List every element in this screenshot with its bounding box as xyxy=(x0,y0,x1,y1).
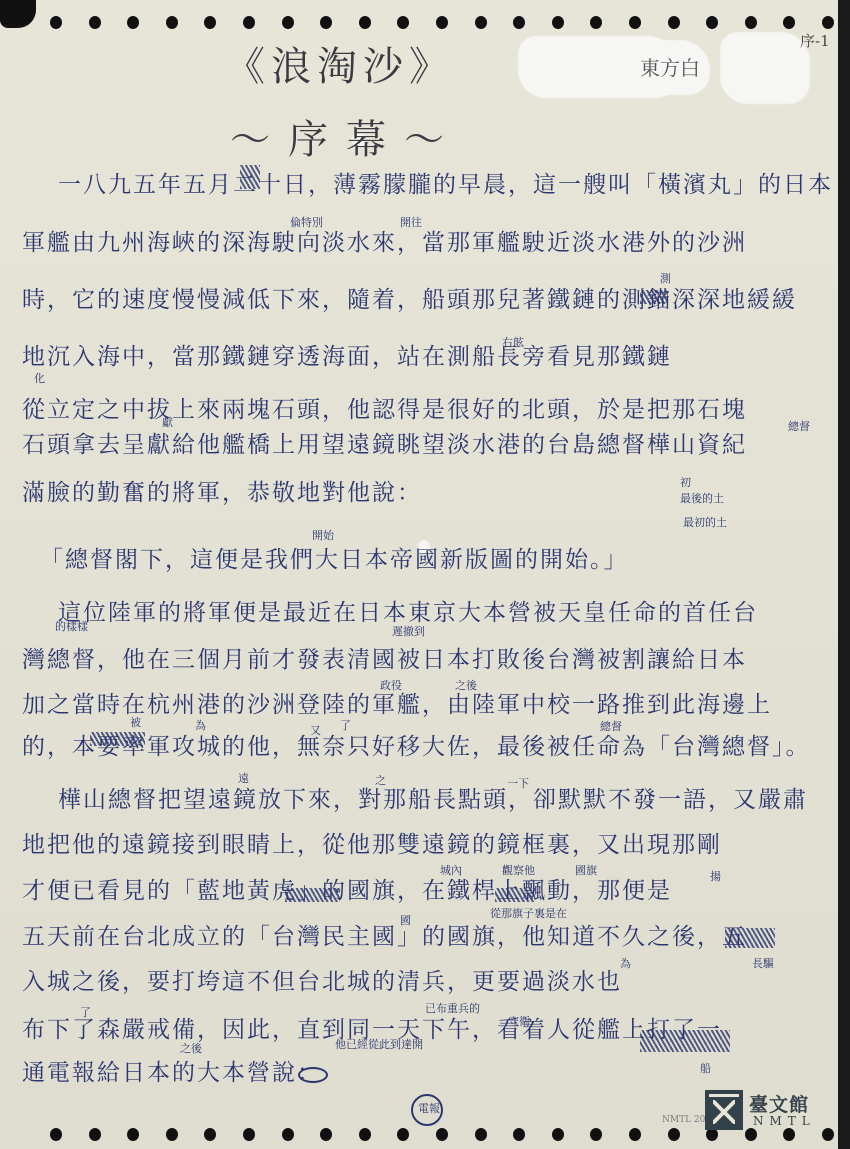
text-line: 灣總督，他在三個月前才發表清國被日本打敗後台灣被割讓給日本 xyxy=(22,645,832,675)
perforation-hole xyxy=(552,1128,564,1141)
perforation-hole xyxy=(590,1128,602,1141)
margin-note: 長驅 xyxy=(752,955,774,971)
margin-note: 已布重兵的 xyxy=(425,1000,480,1016)
margin-note: 國 xyxy=(400,912,411,928)
perforation-hole xyxy=(475,1128,487,1141)
perforation-hole xyxy=(436,16,448,29)
margin-note: 的樣樣 xyxy=(55,618,88,634)
perforation-hole xyxy=(127,16,139,29)
perforation-hole xyxy=(822,16,834,29)
margin-note: 之後 xyxy=(180,1040,202,1056)
margin-note: 開往 xyxy=(400,214,422,230)
margin-note: 船 xyxy=(700,1060,711,1076)
margin-note: 初 xyxy=(680,474,691,490)
margin-note: 一下 xyxy=(507,775,529,791)
strikethrough-mark xyxy=(240,165,260,189)
margin-note: 又 xyxy=(310,722,321,738)
margin-note: 獻 xyxy=(162,414,173,430)
text-line: 從立定之中拔上來兩塊石頭，他認得是很好的北頭，於是把那石塊 xyxy=(22,395,832,425)
text-line: 軍艦由九州海峽的深海駛向淡水來，當那軍艦駛近淡水港外的沙洲 xyxy=(22,228,832,258)
strikethrough-mark xyxy=(90,732,145,746)
margin-note: 守衛 xyxy=(508,1013,530,1029)
perforation-hole xyxy=(513,1128,525,1141)
perforation-hole xyxy=(50,16,62,29)
perforation-hole xyxy=(282,1128,294,1141)
scribbled-out-word xyxy=(298,1067,328,1083)
text-line: 「總督閣下，這便是我們大日本帝國新版圖的開始。」 xyxy=(40,545,850,575)
logo-chinese-text: 臺文館 xyxy=(749,1090,809,1117)
margin-note: 被 xyxy=(130,714,141,730)
margin-note: 了 xyxy=(340,717,351,733)
margin-note: 之 xyxy=(375,772,386,788)
margin-note: 了 xyxy=(80,1004,91,1020)
perforation-hole xyxy=(397,16,409,29)
text-line: 一八九五年五月二十日，薄霧朦朧的早晨，這一艘叫「橫濱丸」的日本 xyxy=(58,170,850,200)
margin-note: 為 xyxy=(620,955,631,971)
perforation-hole xyxy=(668,16,680,29)
perforation-hole xyxy=(629,16,641,29)
margin-note: 開始 xyxy=(312,527,334,543)
strikethrough-mark xyxy=(285,888,340,902)
page-number: 序-1 xyxy=(800,30,830,51)
strikethrough-mark xyxy=(640,1030,730,1052)
nmtl-emblem-icon xyxy=(705,1090,743,1130)
margin-note: 之後 xyxy=(455,677,477,693)
strikethrough-mark xyxy=(725,928,775,948)
perforation-hole xyxy=(243,16,255,29)
perforation-hole xyxy=(89,16,101,29)
perforation-hole xyxy=(552,16,564,29)
perforation-hole xyxy=(166,16,178,29)
text-line: 地把他的遠鏡接到眼睛上，從他那雙遠鏡的鏡框裏，又出現那剛 xyxy=(22,830,832,860)
perforation-hole xyxy=(359,1128,371,1141)
margin-note: 右舷 xyxy=(502,334,524,350)
perforation-hole xyxy=(320,1128,332,1141)
author-name: 東方白 xyxy=(640,52,700,81)
margin-note: 測 xyxy=(660,270,671,286)
perforation-hole xyxy=(89,1128,101,1141)
margin-note: 為 xyxy=(195,717,206,733)
nmtl-logo: 臺文館 NMTL xyxy=(705,1090,825,1134)
top-perforation-row xyxy=(0,16,838,32)
perforation-hole xyxy=(320,16,332,29)
margin-note: 總督 xyxy=(788,418,810,434)
perforation-hole xyxy=(745,16,757,29)
text-line: 地沉入海中，當那鐵鏈穿透海面，站在測船長旁看見那鐵鏈 xyxy=(22,342,832,372)
logo-english-text: NMTL xyxy=(753,1114,816,1128)
perforation-hole xyxy=(475,16,487,29)
perforation-hole xyxy=(783,16,795,29)
text-line: 樺山總督把望遠鏡放下來，對那船長點頭，卻默默不發一語，又嚴肅 xyxy=(58,785,850,815)
perforation-hole xyxy=(668,1128,680,1141)
scan-border xyxy=(838,0,850,1149)
perforation-hole xyxy=(397,1128,409,1141)
text-line: 五天前在台北成立的「台灣民主國」的國旗，他知道不久之後，五 xyxy=(22,922,832,952)
perforation-hole xyxy=(359,16,371,29)
perforation-hole xyxy=(50,1128,62,1141)
margin-note: 總督 xyxy=(600,718,622,734)
text-line: 入城之後，要打垮這不但台北城的清兵，更要過淡水也 xyxy=(22,967,832,997)
margin-note: 政役 xyxy=(380,677,402,693)
margin-note: 他已經從此到達開 xyxy=(335,1036,423,1052)
text-line: 加之當時在杭州港的沙洲登陸的軍艦，由陸軍中校一路推到此海邊上 xyxy=(22,690,832,720)
perforation-hole xyxy=(204,16,216,29)
strikethrough-mark xyxy=(640,290,668,304)
correction-fluid-patch xyxy=(720,32,810,104)
perforation-hole xyxy=(204,1128,216,1141)
strikethrough-mark xyxy=(495,888,535,902)
text-line: 時，它的速度慢慢減低下來，隨着，船頭那兒著鐵鏈的測錨深深地緩緩 xyxy=(22,285,832,315)
perforation-hole xyxy=(436,1128,448,1141)
perforation-hole xyxy=(282,16,294,29)
margin-note: 倫特別 xyxy=(290,214,323,230)
margin-note: 觀察他 xyxy=(502,862,535,878)
perforation-hole xyxy=(127,1128,139,1141)
text-line: 這位陸軍的將軍便是最近在日本東京大本營被天皇任命的首任台 xyxy=(58,598,850,628)
manuscript-page: 《浪淘沙》 〜序幕〜 東方白 序-1 一八九五年五月二十日，薄霧朦朧的早晨，這一… xyxy=(0,0,838,1149)
circled-annotation xyxy=(411,1094,443,1126)
perforation-hole xyxy=(513,16,525,29)
margin-note: 從那旗子裏是在 xyxy=(490,905,567,921)
perforation-hole xyxy=(706,16,718,29)
perforation-hole xyxy=(629,1128,641,1141)
margin-note: 遠 xyxy=(238,770,249,786)
margin-note: 城內 xyxy=(440,862,462,878)
perforation-hole xyxy=(166,1128,178,1141)
chapter-heading: 〜序幕〜 xyxy=(230,108,462,165)
margin-note: 遲撤到 xyxy=(392,623,425,639)
margin-note: 國旗 xyxy=(575,862,597,878)
margin-note: 最後的土 xyxy=(680,490,724,506)
margin-note: 揚 xyxy=(710,868,721,884)
margin-note: 化 xyxy=(34,370,45,386)
manuscript-title: 《浪淘沙》 xyxy=(225,35,455,92)
perforation-hole xyxy=(243,1128,255,1141)
text-line: 石頭拿去呈獻給他艦橋上用望遠鏡眺望淡水港的台島總督樺山資紀 xyxy=(22,430,832,460)
margin-note: 最初的土 xyxy=(683,514,727,530)
perforation-hole xyxy=(590,16,602,29)
